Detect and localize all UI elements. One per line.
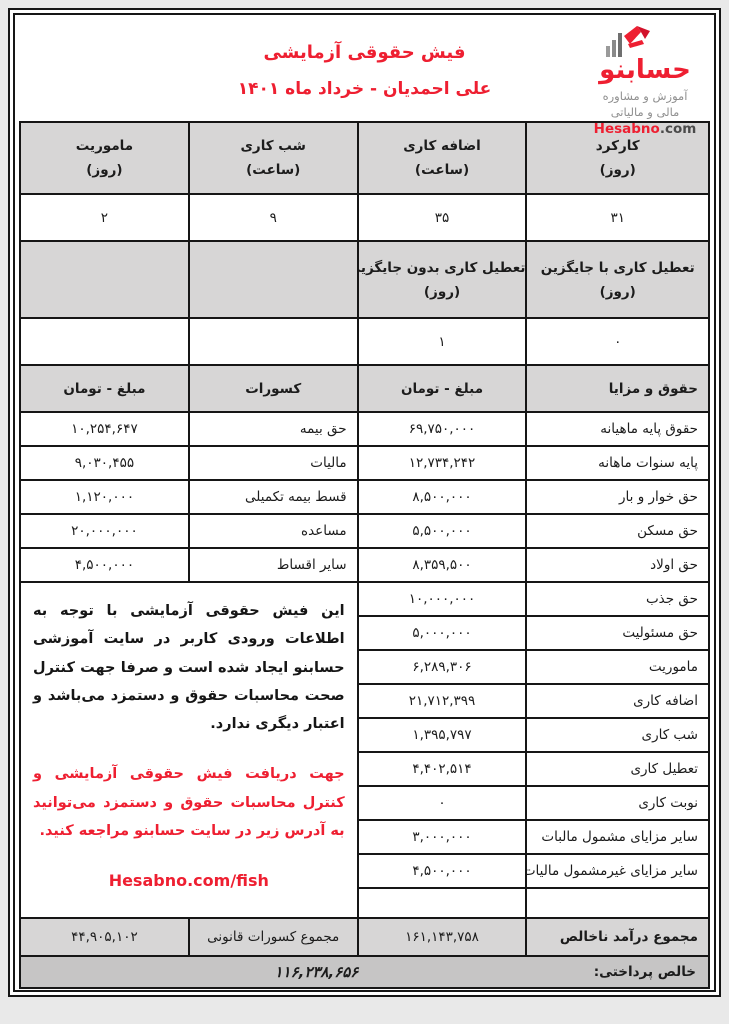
earning-label: شب کاری	[526, 718, 709, 752]
deduction-label: مالیات	[189, 446, 358, 480]
table-row: پایه سنوات ماهانه ۱۲,۷۳۴,۲۴۲ مالیات ۹,۰۳…	[20, 446, 709, 480]
notes-area: این فیش حقوقی آزمایشی با توجه به اطلاعات…	[20, 582, 358, 918]
net-pay-label: خالص پرداختی:	[594, 964, 696, 980]
deduction-amount: ۲۰,۰۰۰,۰۰۰	[20, 514, 189, 548]
empty-cell	[358, 888, 527, 918]
earning-amount: ۰	[358, 786, 527, 820]
earning-amount: ۲۱,۷۱۲,۳۹۹	[358, 684, 527, 718]
value-holiday-without-sub: ۱	[358, 318, 527, 365]
net-pay-value: ۱۱۶,۲۳۸,۶۵۶	[274, 963, 358, 981]
header-deductions-amount: مبلغ - تومان	[20, 365, 189, 412]
value-nightwork: ۹	[189, 194, 358, 241]
table-row: حق جذب ۱۰,۰۰۰,۰۰۰ این فیش حقوقی آزمایشی …	[20, 582, 709, 616]
earning-label: حق مسکن	[526, 514, 709, 548]
holiday-header-row: تعطیل کاری با جایگزین(روز) تعطیل کاری بد…	[20, 241, 709, 318]
empty-cell	[20, 318, 189, 365]
document-header: فیش حقوقی آزمایشی علی احمدیان - خرداد ما…	[19, 18, 710, 121]
value-holiday-with-sub: ۰	[526, 318, 709, 365]
book-chart-icon	[600, 24, 652, 58]
earning-amount: ۳,۰۰۰,۰۰۰	[358, 820, 527, 854]
earning-label: ماموریت	[526, 650, 709, 684]
header-nightwork: شب کاری(ساعت)	[189, 122, 358, 194]
logo-site-tld: .com	[660, 121, 696, 137]
empty-cell	[189, 318, 358, 365]
earning-amount: ۵,۵۰۰,۰۰۰	[358, 514, 527, 548]
header-mission: ماموریت(روز)	[20, 122, 189, 194]
earning-label: سایر مزایای مشمول مالبات	[526, 820, 709, 854]
earning-amount: ۸,۵۰۰,۰۰۰	[358, 480, 527, 514]
table-row: حقوق پایه ماهیانه ۶۹,۷۵۰,۰۰۰ حق بیمه ۱۰,…	[20, 412, 709, 446]
earning-label: تعطیل کاری	[526, 752, 709, 786]
deduction-label: حق بیمه	[189, 412, 358, 446]
logo-site-url[interactable]: Hesabno.com	[586, 121, 704, 138]
deduction-amount: ۱,۱۲۰,۰۰۰	[20, 480, 189, 514]
earning-label: نوبت کاری	[526, 786, 709, 820]
table-row: حق خوار و بار ۸,۵۰۰,۰۰۰ قسط بیمه تکمیلی …	[20, 480, 709, 514]
earning-amount: ۸,۳۵۹,۵۰۰	[358, 548, 527, 582]
payslip-sheet: فیش حقوقی آزمایشی علی احمدیان - خرداد ما…	[8, 8, 721, 997]
deductions-total-label: مجموع کسورات قانونی	[189, 918, 358, 956]
header-earnings: حقوق و مزایا	[526, 365, 709, 412]
holiday-values-row: ۰ ۱	[20, 318, 709, 365]
logo-wordmark: حسابنو	[586, 54, 704, 87]
earning-label: حق خوار و بار	[526, 480, 709, 514]
header-overtime: اضافه کاری(ساعت)	[358, 122, 527, 194]
gross-total-label: مجموع درآمد ناخالص	[526, 918, 709, 956]
header-holiday-with-sub: تعطیل کاری با جایگزین(روز)	[526, 241, 709, 318]
earning-amount: ۱۰,۰۰۰,۰۰۰	[358, 582, 527, 616]
work-summary-values-row: ۳۱ ۳۵ ۹ ۲	[20, 194, 709, 241]
gross-total-value: ۱۶۱,۱۴۳,۷۵۸	[358, 918, 527, 956]
payslip-table: کارکرد(روز) اضافه کاری(ساعت) شب کاری(ساع…	[19, 121, 710, 989]
deduction-amount: ۹,۰۳۰,۴۵۵	[20, 446, 189, 480]
earning-amount: ۴,۵۰۰,۰۰۰	[358, 854, 527, 888]
header-empty-cell	[189, 241, 358, 318]
earning-amount: ۱,۳۹۵,۷۹۷	[358, 718, 527, 752]
earning-amount: ۶۹,۷۵۰,۰۰۰	[358, 412, 527, 446]
earning-label: حقوق پایه ماهیانه	[526, 412, 709, 446]
empty-cell	[526, 888, 709, 918]
deductions-total-value: ۴۴,۹۰۵,۱۰۲	[20, 918, 189, 956]
hesabno-logo: حسابنو آموزش و مشاوره مالی و مالیاتی Hes…	[586, 24, 704, 138]
earning-amount: ۱۲,۷۳۴,۲۴۲	[358, 446, 527, 480]
disclaimer-note: این فیش حقوقی آزمایشی با توجه به اطلاعات…	[33, 597, 345, 738]
earning-amount: ۶,۲۸۹,۳۰۶	[358, 650, 527, 684]
value-karkard: ۳۱	[526, 194, 709, 241]
logo-tagline-2: مالی و مالیاتی	[586, 105, 704, 119]
fish-link[interactable]: Hesabno.com/fish	[33, 871, 345, 890]
deduction-amount: ۴,۵۰۰,۰۰۰	[20, 548, 189, 582]
salary-header-row: حقوق و مزایا مبلغ - تومان کسورات مبلغ - …	[20, 365, 709, 412]
earning-amount: ۵,۰۰۰,۰۰۰	[358, 616, 527, 650]
logo-site-name: Hesabno	[594, 121, 660, 137]
earning-label: پایه سنوات ماهانه	[526, 446, 709, 480]
logo-tagline-1: آموزش و مشاوره	[586, 89, 704, 103]
net-pay-cell: خالص پرداختی: ۱۱۶,۲۳۸,۶۵۶	[20, 956, 709, 988]
earning-label: اضافه کاری	[526, 684, 709, 718]
deduction-label: سایر اقساط	[189, 548, 358, 582]
header-earnings-amount: مبلغ - تومان	[358, 365, 527, 412]
header-holiday-without-sub: تعطیل کاری بدون جایگزین(روز)	[358, 241, 527, 318]
deduction-label: قسط بیمه تکمیلی	[189, 480, 358, 514]
earning-label: حق اولاد	[526, 548, 709, 582]
table-row: حق اولاد ۸,۳۵۹,۵۰۰ سایر اقساط ۴,۵۰۰,۰۰۰	[20, 548, 709, 582]
header-deductions: کسورات	[189, 365, 358, 412]
deduction-amount: ۱۰,۲۵۴,۶۴۷	[20, 412, 189, 446]
earning-label: سایر مزایای غیرمشمول مالیات	[526, 854, 709, 888]
value-mission: ۲	[20, 194, 189, 241]
payslip-page: { "header": { "title": "فیش حقوقی آزمایش…	[0, 0, 729, 1024]
earning-amount: ۴,۴۰۲,۵۱۴	[358, 752, 527, 786]
net-pay-row: خالص پرداختی: ۱۱۶,۲۳۸,۶۵۶	[20, 956, 709, 988]
totals-row: مجموع درآمد ناخالص ۱۶۱,۱۴۳,۷۵۸ مجموع کسو…	[20, 918, 709, 956]
header-empty-cell	[20, 241, 189, 318]
earning-label: حق مسئولیت	[526, 616, 709, 650]
earning-label: حق جذب	[526, 582, 709, 616]
table-row: حق مسکن ۵,۵۰۰,۰۰۰ مساعده ۲۰,۰۰۰,۰۰۰	[20, 514, 709, 548]
payslip-sheet-inner: فیش حقوقی آزمایشی علی احمدیان - خرداد ما…	[13, 13, 716, 992]
deduction-label: مساعده	[189, 514, 358, 548]
cta-note: جهت دریافت فیش حقوقی آزمایشی و کنترل محا…	[33, 760, 345, 845]
value-overtime: ۳۵	[358, 194, 527, 241]
